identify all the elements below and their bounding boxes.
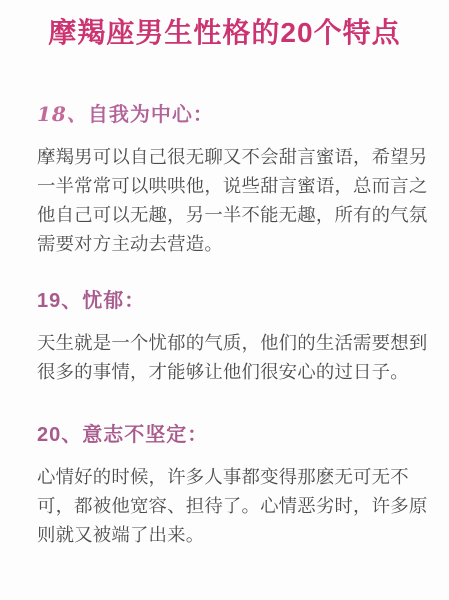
section-18-title: 自我为中心： (88, 104, 214, 126)
text-line: 心情好的时候，许多人事都变得那麽无可无不 (37, 462, 427, 491)
section-20-heading: 20、意志不坚定： (37, 422, 427, 448)
section-19: 19、忧郁： 天生就是一个忧郁的气质，他们的生活需要想到 很多的事情，才能够让他… (0, 288, 449, 386)
section-18: 18、自我为中心： 摩羯男可以自己很无聊又不会甜言蜜语，希望另 一半常常可以哄哄… (0, 101, 449, 258)
text-line: 需要对方主动去营造。 (37, 229, 427, 258)
section-20: 20、意志不坚定： 心情好的时候，许多人事都变得那麽无可无不 可，都被他宽容、担… (0, 422, 449, 549)
text-line: 则就又被端了出来。 (37, 520, 427, 549)
section-19-title: 忧郁： (82, 290, 145, 312)
section-19-number: 19、 (37, 290, 82, 312)
section-18-body: 摩羯男可以自己很无聊又不会甜言蜜语，希望另 一半常常可以哄哄他，说些甜言蜜语，总… (37, 142, 427, 258)
content-card: 摩羯座男生性格的20个特点 18、自我为中心： 摩羯男可以自己很无聊又不会甜言蜜… (0, 0, 449, 600)
text-line: 摩羯男可以自己很无聊又不会甜言蜜语，希望另 (37, 142, 427, 171)
section-20-number: 20、 (37, 424, 82, 446)
text-line: 天生就是一个忧郁的气质，他们的生活需要想到 (37, 328, 427, 357)
text-line: 一半常常可以哄哄他，说些甜言蜜语，总而言之 (37, 171, 427, 200)
section-19-heading: 19、忧郁： (37, 288, 427, 314)
page-title: 摩羯座男生性格的20个特点 (0, 0, 449, 51)
section-20-body: 心情好的时候，许多人事都变得那麽无可无不 可，都被他宽容、担待了。心情恶劣时，许… (37, 462, 427, 549)
text-line: 很多的事情，才能够让他们很安心的过日子。 (37, 357, 427, 386)
section-20-title: 意志不坚定： (82, 424, 208, 446)
text-line: 可，都被他宽容、担待了。心情恶劣时，许多原 (37, 491, 427, 520)
section-18-number: 18、 (37, 102, 88, 126)
section-19-body: 天生就是一个忧郁的气质，他们的生活需要想到 很多的事情，才能够让他们很安心的过日… (37, 328, 427, 386)
section-18-heading: 18、自我为中心： (37, 101, 427, 128)
text-line: 他自己可以无趣，另一半不能无趣，所有的气氛 (37, 200, 427, 229)
